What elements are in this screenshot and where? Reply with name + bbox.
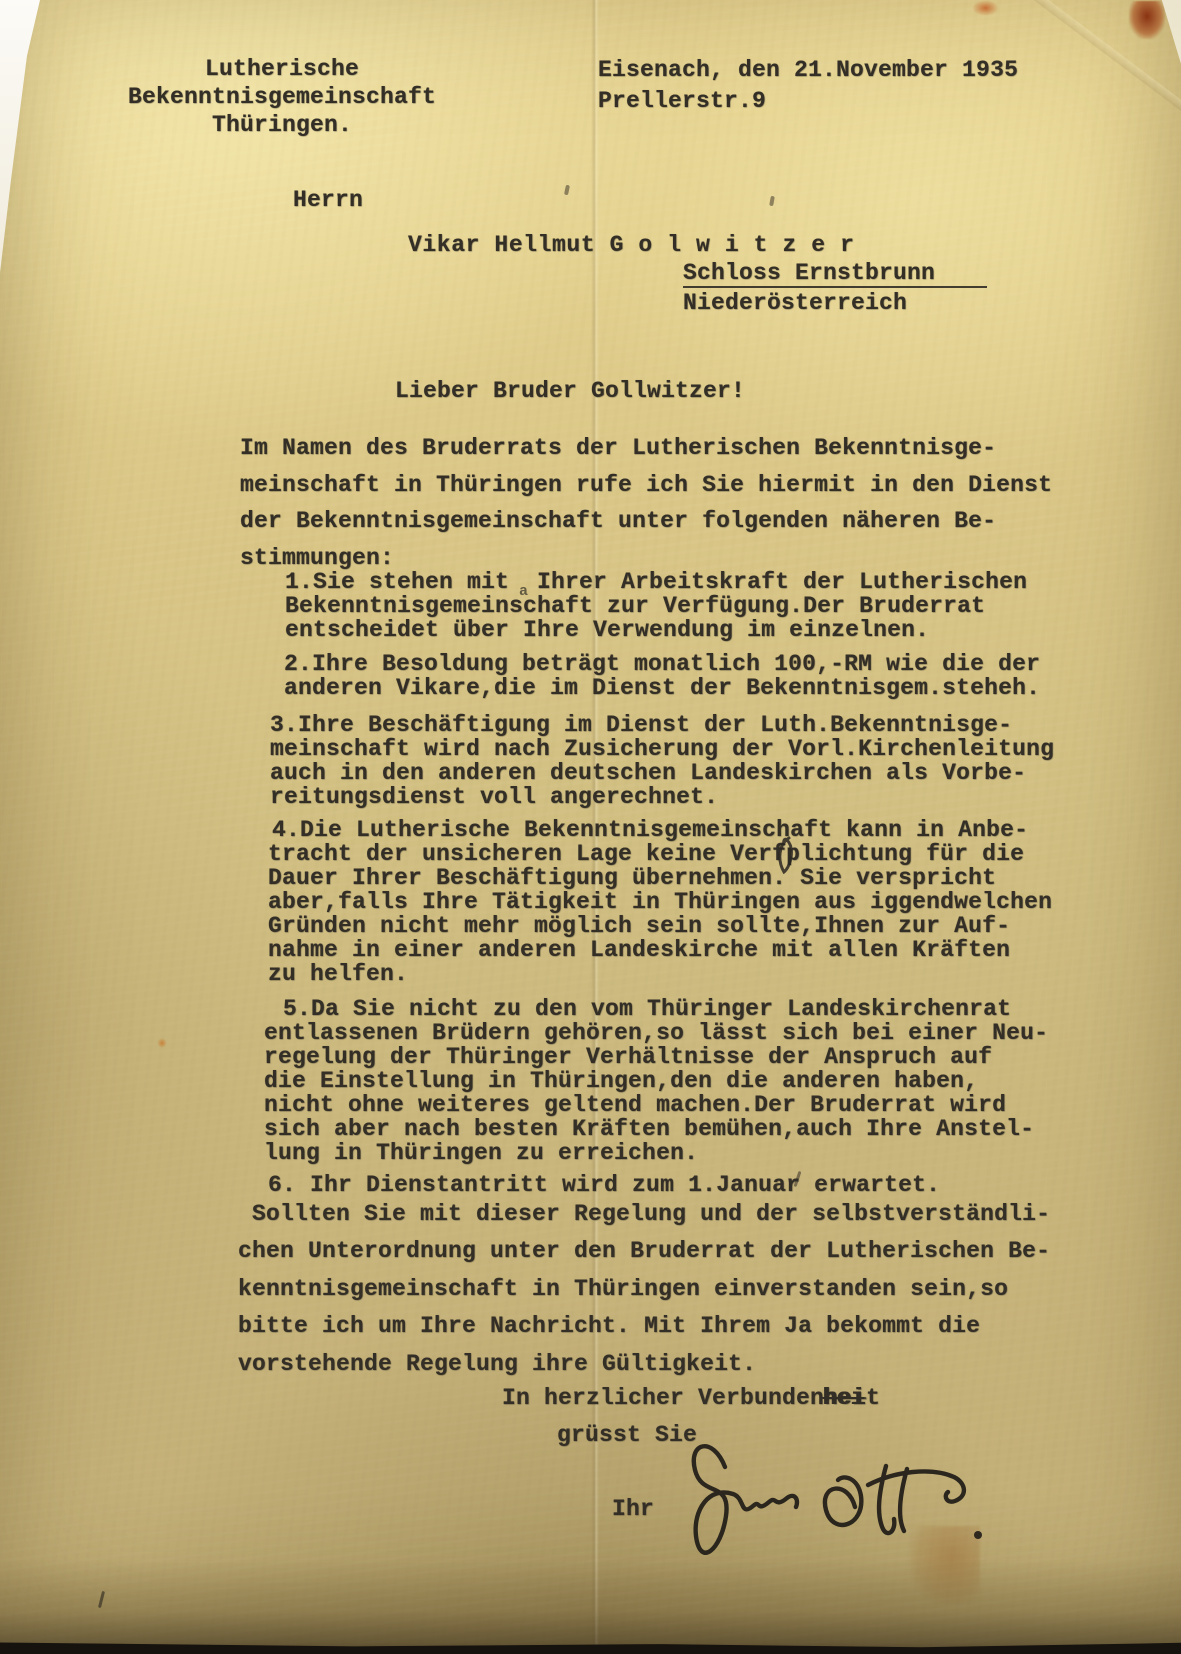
- valediction-post: t: [866, 1385, 880, 1411]
- valediction-overstrike: hei: [824, 1385, 866, 1411]
- signature-prefix: Ihr: [612, 1497, 654, 1521]
- clause-2: 2.Ihre Besoldung beträgt monatlich 100,-…: [284, 652, 1040, 700]
- street-line: Prellerstr.9: [598, 88, 766, 114]
- clause-6: 6. Ihr Dienstantritt wird zum 1.Januar e…: [268, 1173, 940, 1197]
- handwritten-correction-mark: [775, 836, 801, 878]
- clause-3: 3.Ihre Beschäftigung im Dienst der Luth.…: [270, 713, 1054, 809]
- letter-scan: Lutherische Bekenntnisgemeinschaft Thüri…: [0, 0, 1181, 1654]
- clause-4: 4.Die Lutherische Bekenntnisgemeinschaft…: [268, 818, 1052, 986]
- clause-1: 1.Sie stehen mit Ihrer Arbeitskraft der …: [285, 570, 1027, 642]
- recipient-title: Herrn: [293, 188, 363, 212]
- valediction-pre: In herzlicher Verbunden: [502, 1385, 824, 1411]
- letterhead-sender: Lutherische Bekenntnisgemeinschaft Thüri…: [126, 55, 438, 139]
- recipient-region: Niederösterreich: [683, 291, 907, 315]
- recipient-place: Schloss Ernstbrunn: [683, 261, 987, 288]
- typewritten-text-layer: Lutherische Bekenntnisgemeinschaft Thüri…: [0, 0, 1181, 1654]
- valediction-line-1: In herzlicher Verbundenheit: [502, 1386, 880, 1410]
- handwritten-signature: [655, 1422, 1015, 1582]
- date-line: Eisenach, den 21.November 1935: [598, 57, 1018, 83]
- intro-paragraph: Im Namen des Bruderrats der Lutherischen…: [240, 430, 1052, 576]
- salutation: Lieber Bruder Gollwitzer!: [395, 379, 745, 403]
- date-and-street: Eisenach, den 21.November 1935 Prellerst…: [598, 55, 1018, 117]
- recipient-name: Vikar Hellmut G o l w i t z e r: [408, 233, 854, 257]
- clause-5: 5.Da Sie nicht zu den vom Thüringer Land…: [264, 997, 1048, 1165]
- signature-period: [974, 1531, 982, 1539]
- closing-paragraph: Sollten Sie mit dieser Regelung und der …: [238, 1196, 1050, 1383]
